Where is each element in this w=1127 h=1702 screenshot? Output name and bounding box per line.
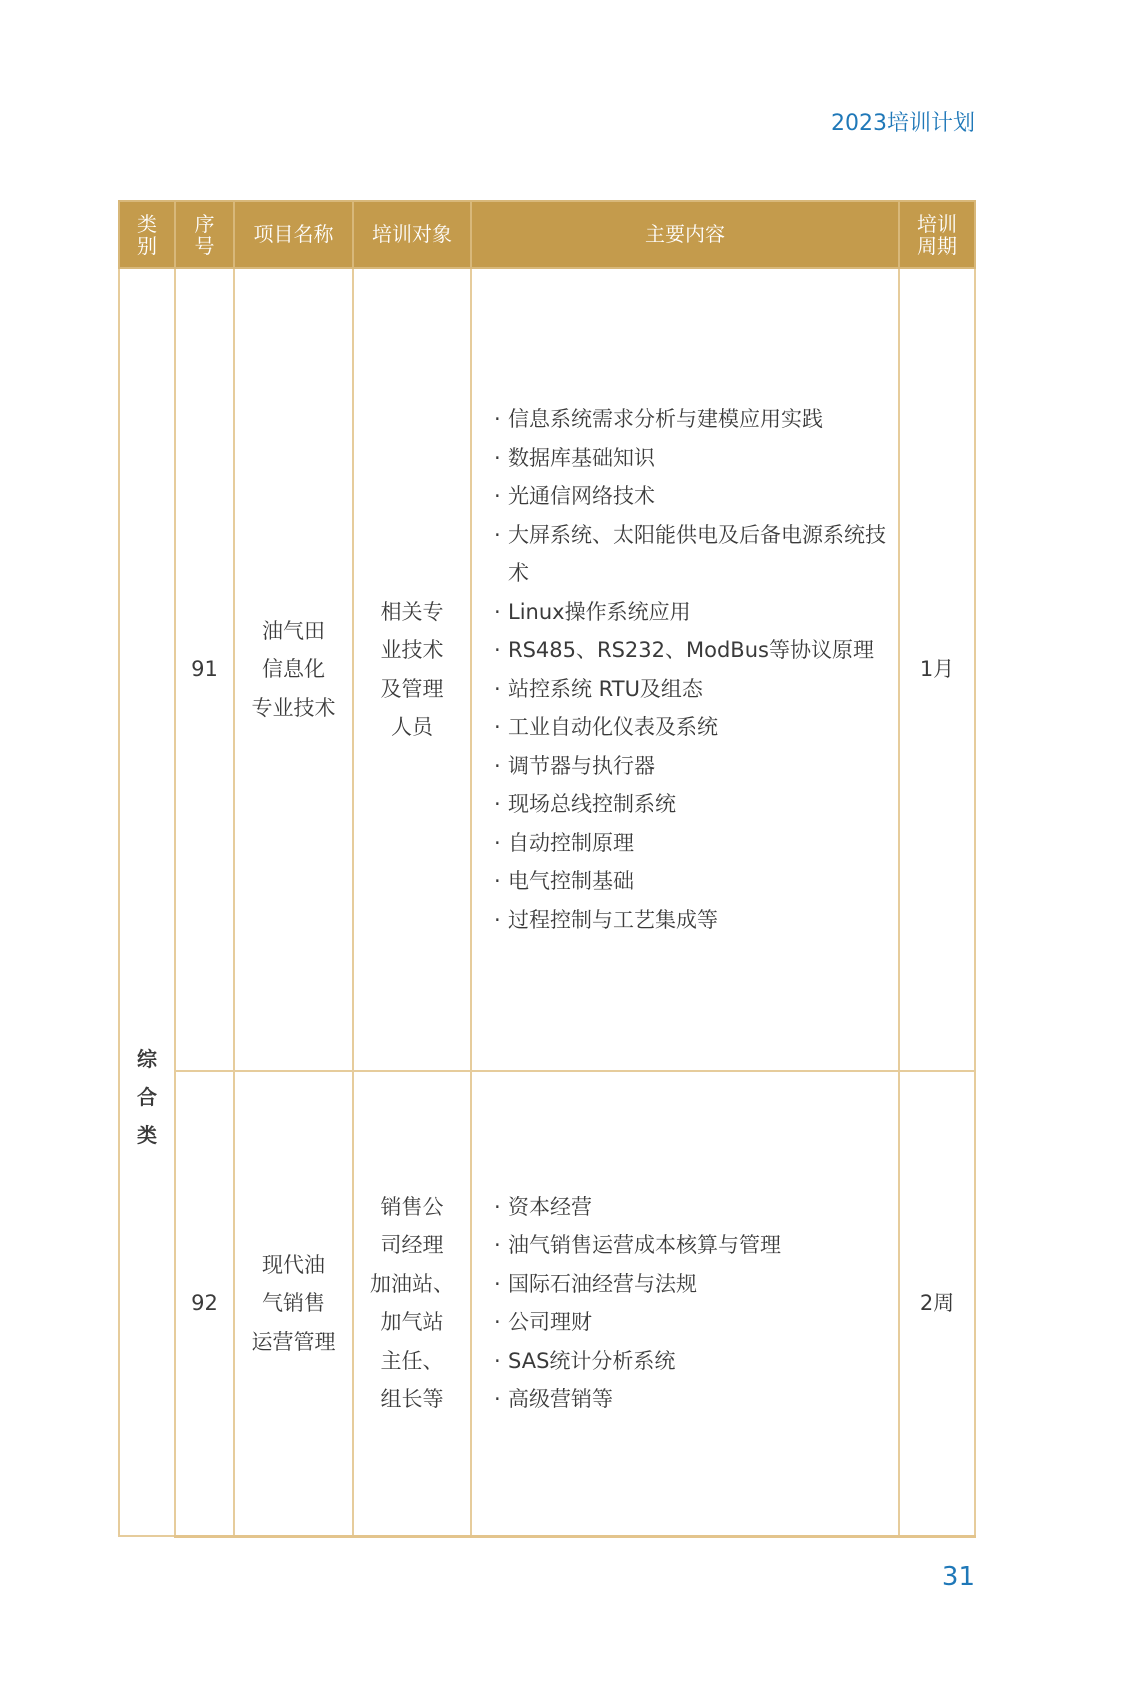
list-item: SAS统计分析系统 <box>494 1342 892 1381</box>
list-item: Linux操作系统应用 <box>494 593 892 632</box>
training-plan-table: 类 别 序 号 项目名称 培训对象 主要内容 培训 周期 综 合 类 91 <box>118 200 976 1538</box>
page-number: 31 <box>942 1562 975 1592</box>
list-item: RS485、RS232、ModBus等协议原理 <box>494 631 892 670</box>
list-item: 油气销售运营成本核算与管理 <box>494 1226 892 1265</box>
header-period: 培训 周期 <box>899 201 975 268</box>
period-cell: 1月 <box>899 268 975 1071</box>
period-cell: 2周 <box>899 1071 975 1536</box>
list-item: 信息系统需求分析与建模应用实践 <box>494 400 892 439</box>
header-target: 培训对象 <box>353 201 471 268</box>
header-category: 类 别 <box>119 201 175 268</box>
content-cell: 资本经营 油气销售运营成本核算与管理 国际石油经营与法规 公司理财 SAS统计分… <box>471 1071 899 1536</box>
content-list: 信息系统需求分析与建模应用实践 数据库基础知识 光通信网络技术 大屏系统、太阳能… <box>494 400 892 939</box>
list-item: 过程控制与工艺集成等 <box>494 901 892 940</box>
list-item: 电气控制基础 <box>494 862 892 901</box>
header-index: 序 号 <box>175 201 234 268</box>
category-cell: 综 合 类 <box>119 268 175 1536</box>
target-cell: 相关专 业技术 及管理 人员 <box>353 268 471 1071</box>
target-cell: 销售公 司经理 加油站、 加气站 主任、 组长等 <box>353 1071 471 1536</box>
header-content: 主要内容 <box>471 201 899 268</box>
table-header-row: 类 别 序 号 项目名称 培训对象 主要内容 培训 周期 <box>119 201 975 268</box>
list-item: 自动控制原理 <box>494 824 892 863</box>
list-item: 光通信网络技术 <box>494 477 892 516</box>
project-name-cell: 现代油 气销售 运营管理 <box>234 1071 353 1536</box>
list-item: 现场总线控制系统 <box>494 785 892 824</box>
table-row: 综 合 类 91 油气田 信息化 专业技术 相关专 业技术 及管理 人员 信息系… <box>119 268 975 1071</box>
list-item: 工业自动化仪表及系统 <box>494 708 892 747</box>
header-project-name: 项目名称 <box>234 201 353 268</box>
list-item: 高级营销等 <box>494 1380 892 1419</box>
content-list: 资本经营 油气销售运营成本核算与管理 国际石油经营与法规 公司理财 SAS统计分… <box>494 1188 892 1419</box>
list-item: 国际石油经营与法规 <box>494 1265 892 1304</box>
list-item: 大屏系统、太阳能供电及后备电源系统技术 <box>494 516 892 593</box>
project-name-cell: 油气田 信息化 专业技术 <box>234 268 353 1071</box>
running-header: 2023培训计划 <box>831 106 975 137</box>
index-cell: 92 <box>175 1071 234 1536</box>
table-row: 92 现代油 气销售 运营管理 销售公 司经理 加油站、 加气站 主任、 组长等… <box>119 1071 975 1536</box>
list-item: 数据库基础知识 <box>494 439 892 478</box>
list-item: 调节器与执行器 <box>494 747 892 786</box>
list-item: 站控系统 RTU及组态 <box>494 670 892 709</box>
list-item: 资本经营 <box>494 1188 892 1227</box>
list-item: 公司理财 <box>494 1303 892 1342</box>
index-cell: 91 <box>175 268 234 1071</box>
content-cell: 信息系统需求分析与建模应用实践 数据库基础知识 光通信网络技术 大屏系统、太阳能… <box>471 268 899 1071</box>
